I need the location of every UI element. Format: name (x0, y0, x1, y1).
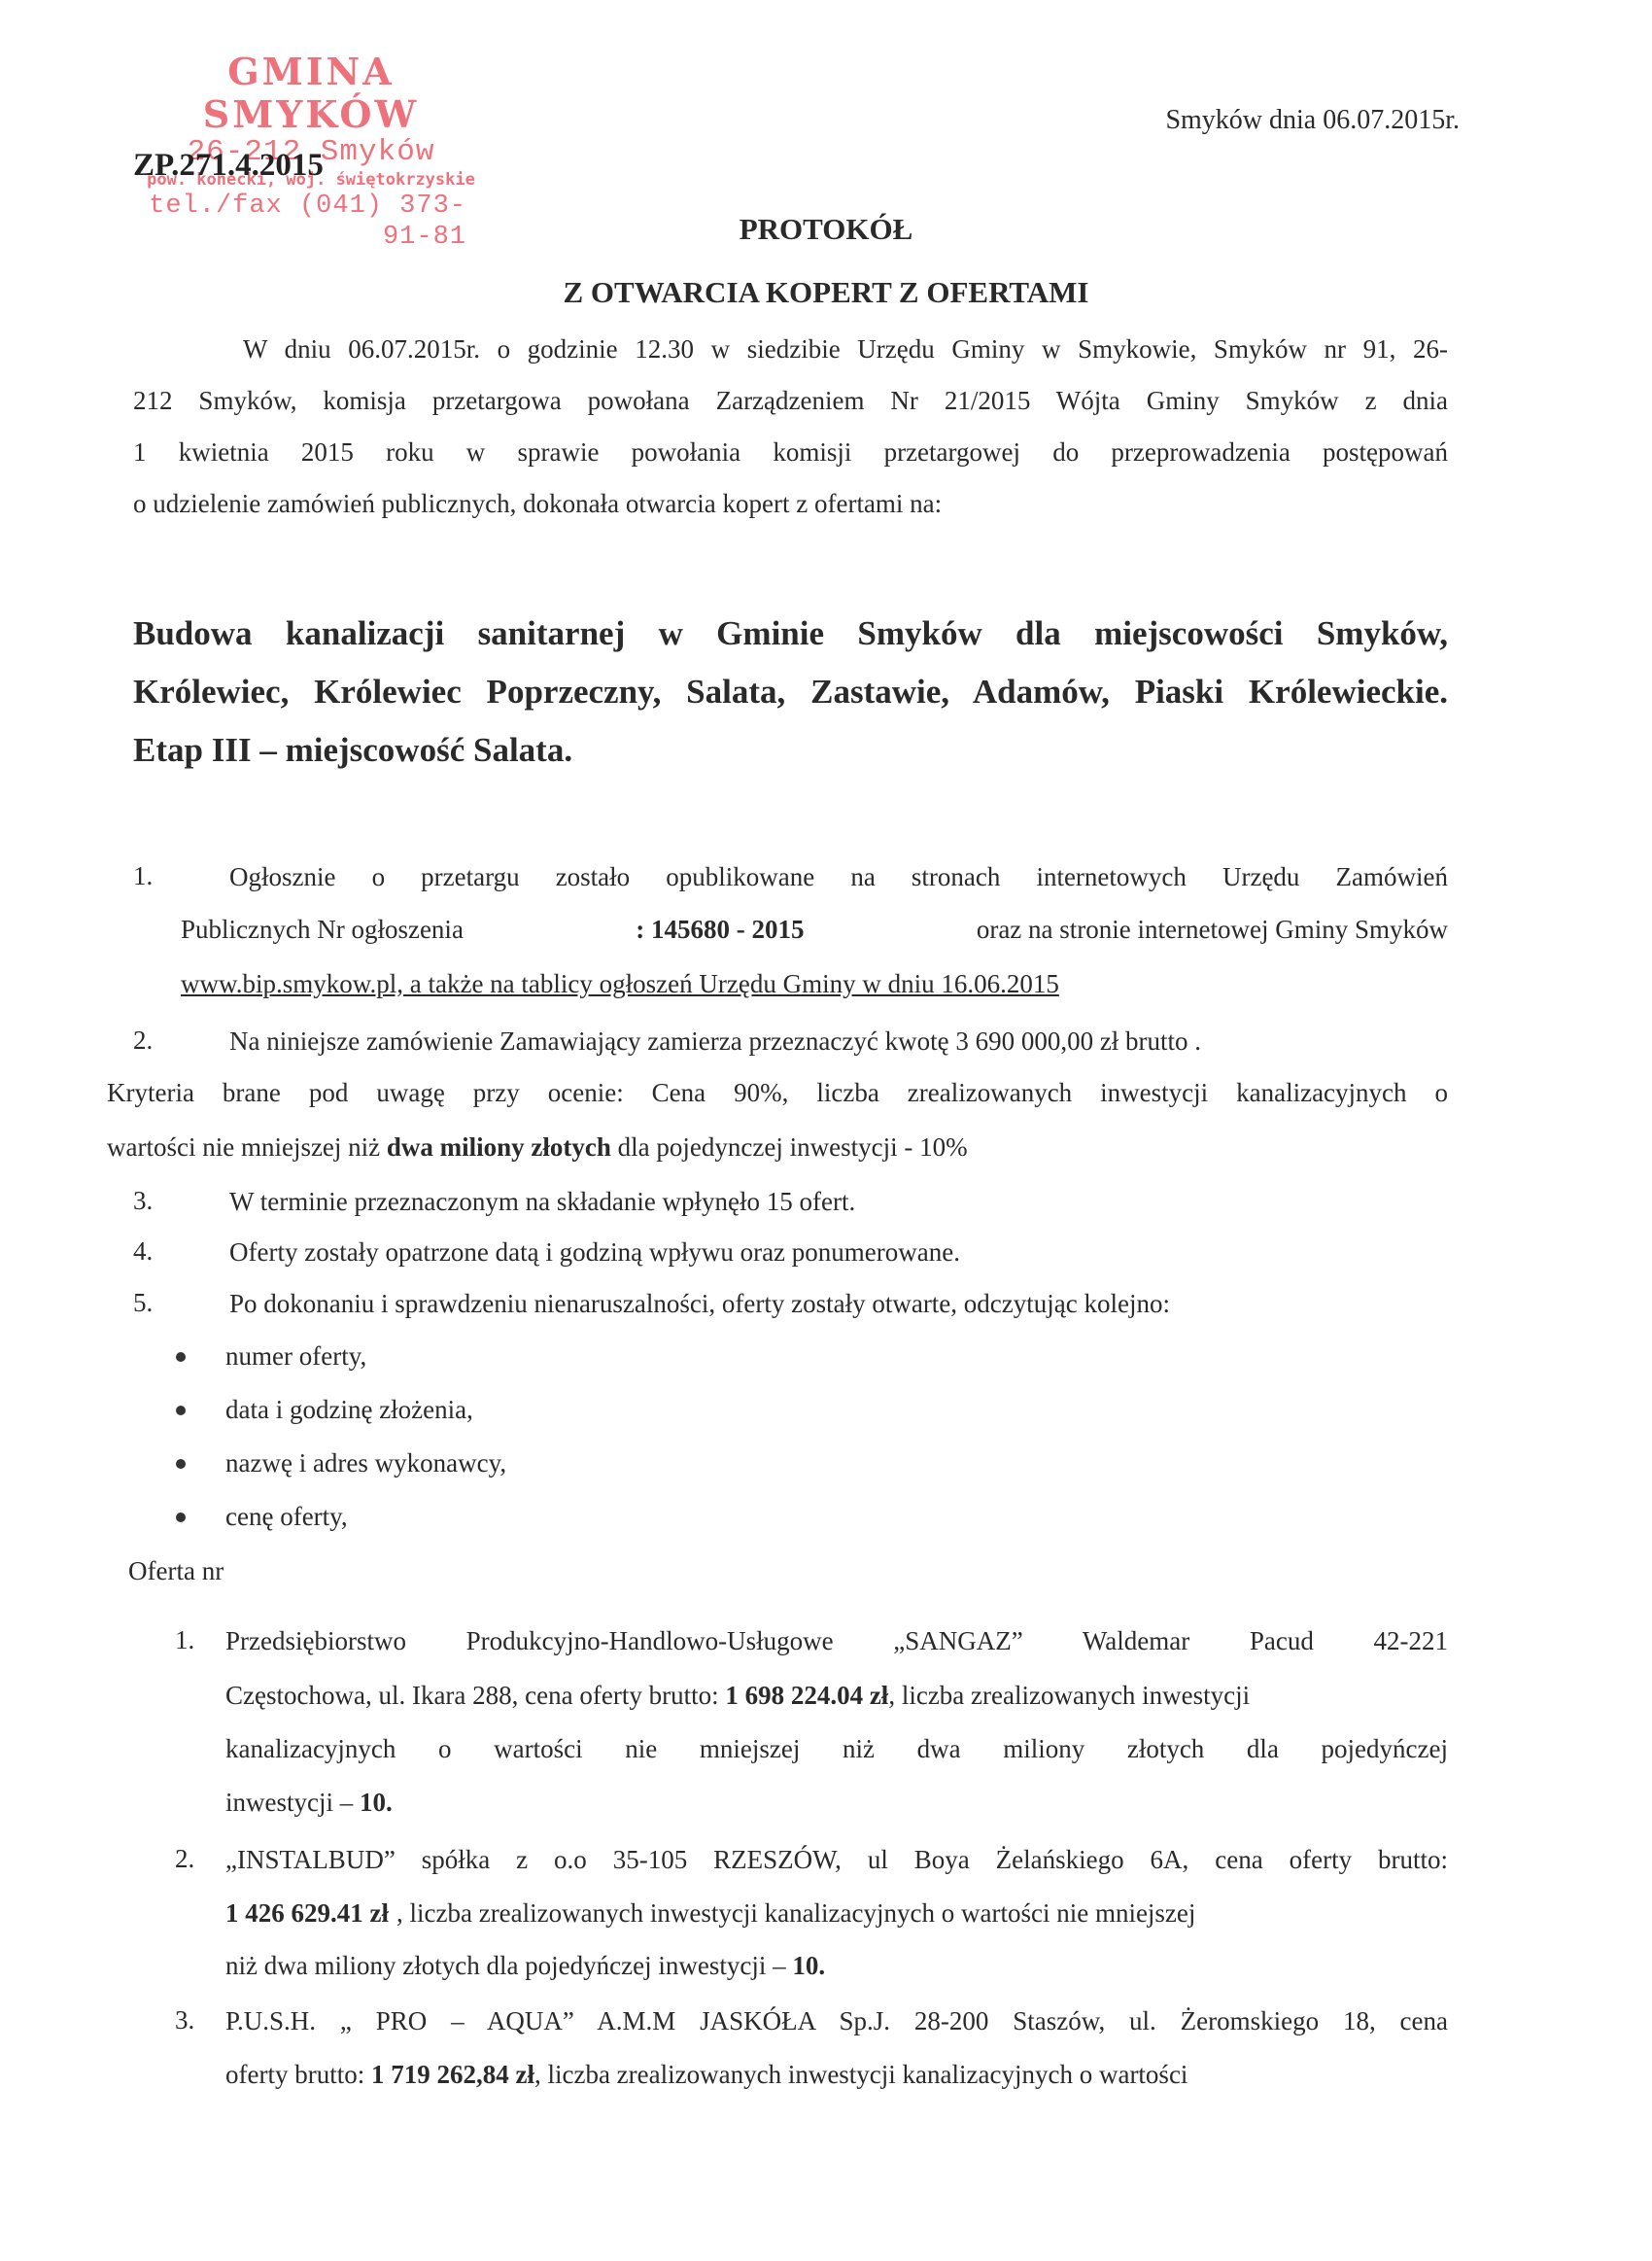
bullet-icon (176, 1513, 186, 1522)
offer-1-line-1: Przedsiębiorstwo Produkcyjno-Handlowo-Us… (225, 1627, 1448, 1654)
offer-2-line-3: niż dwa miliony złotych dla pojedyńczej … (225, 1952, 825, 1979)
point-number: 1. (133, 861, 153, 891)
offer-2-text: , liczba zrealizowanych inwestycji kanal… (396, 1899, 1195, 1927)
reference-number: ZP.271.4.2015 (133, 148, 324, 184)
point-4-text: Oferty zostały opatrzone datą i godziną … (229, 1238, 960, 1266)
bullet-item: data i godzinę złożenia, (225, 1396, 473, 1423)
offer-3-text: , liczba zrealizowanych inwestycji kanal… (534, 2060, 1187, 2089)
offers-label: Oferta nr (128, 1557, 224, 1584)
offer-1-line-2: Częstochowa, ul. Ikara 288, cena oferty … (225, 1682, 1250, 1709)
point-1-line-1: Ogłosznie o przetargu zostało opublikowa… (229, 863, 1448, 890)
bip-link[interactable]: www.bip.smykow.pl, a także na tablicy og… (181, 970, 1059, 997)
offer-2-text: niż dwa miliony złotych dla pojedyńczej … (225, 1951, 786, 1980)
bullet-icon (176, 1352, 186, 1362)
offer-2-price: 1 426 629.41 zł (225, 1899, 389, 1927)
announcement-number: : 145680 - 2015 (636, 916, 804, 943)
criteria-line-2: wartości nie mniejszej niż dwa miliony z… (107, 1133, 968, 1161)
offer-3-line-1: P.U.S.H. „ PRO – AQUA” A.M.M JASKÓŁA Sp.… (225, 2007, 1448, 2035)
criteria-text-a: wartości nie mniejszej niż (107, 1132, 380, 1162)
intro-line-4: o udzielenie zamówień publicznych, dokon… (133, 490, 942, 517)
offer-1-text: , liczba zrealizowanych inwestycji (888, 1681, 1250, 1710)
point-1-text-c: oraz na stronie internetowej Gminy Smykó… (977, 916, 1448, 943)
subject-line-3: Etap III – miejscowość Salata. (133, 731, 572, 770)
offer-1-line-4: inwestycji – 10. (225, 1789, 393, 1816)
offer-1-address: Częstochowa, ul. Ikara 288, cena oferty … (225, 1681, 719, 1710)
offer-2-line-2: 1 426 629.41 zł, liczba zrealizowanych i… (225, 1899, 1448, 1927)
place-date: Smyków dnia 06.07.2015r. (1165, 105, 1460, 136)
offer-1-score: 10. (360, 1788, 393, 1817)
stamp-line-1: GMINA SMYKÓW (117, 51, 505, 136)
bullet-item: nazwę i adres wykonawcy, (225, 1449, 506, 1477)
point-2-text: Na niniejsze zamówienie Zamawiający zami… (229, 1027, 1201, 1055)
offer-number: 3. (175, 2005, 194, 2035)
bullet-icon (176, 1406, 186, 1415)
intro-line-1: W dniu 06.07.2015r. o godzinie 12.30 w s… (243, 335, 1448, 363)
offer-2-score: 10. (792, 1951, 825, 1980)
document-title: PROTOKÓŁ (0, 212, 1652, 247)
offer-1-line-3: kanalizacyjnych o wartości nie mniejszej… (225, 1735, 1448, 1762)
point-1-line-2: Publicznych Nr ogłoszenia : 145680 - 201… (181, 916, 1448, 943)
criteria-line-1: Kryteria brane pod uwagę przy ocenie: Ce… (107, 1079, 1448, 1106)
point-3-text: W terminie przeznaczonym na składanie wp… (229, 1188, 855, 1215)
bullet-item: numer oferty, (225, 1342, 366, 1370)
bullet-icon (176, 1459, 186, 1469)
subject-line-1: Budowa kanalizacji sanitarnej w Gminie S… (133, 614, 1448, 653)
point-5-text: Po dokonaniu i sprawdzeniu nienaruszalno… (229, 1290, 1170, 1317)
document-subtitle: Z OTWARCIA KOPERT Z OFERTAMI (0, 275, 1652, 310)
offer-number: 2. (175, 1844, 194, 1874)
criteria-threshold: dwa miliony złotych (387, 1132, 611, 1162)
offer-1-text: inwestycji – (225, 1788, 353, 1817)
intro-line-2: 212 Smyków, komisja przetargowa powołana… (133, 387, 1448, 414)
point-number: 5. (133, 1288, 153, 1318)
offer-2-line-1: „INSTALBUD” spółka z o.o 35-105 RZESZÓW,… (225, 1846, 1448, 1873)
bullet-item: cenę oferty, (225, 1503, 348, 1530)
subject-line-2: Królewiec, Królewiec Poprzeczny, Salata,… (133, 673, 1448, 712)
offer-3-line-2: oferty brutto: 1 719 262,84 zł, liczba z… (225, 2061, 1448, 2088)
point-number: 2. (133, 1026, 153, 1056)
point-number: 3. (133, 1186, 153, 1216)
point-number: 4. (133, 1236, 153, 1267)
intro-line-3: 1 kwietnia 2015 roku w sprawie powołania… (133, 438, 1448, 466)
offer-number: 1. (175, 1625, 194, 1655)
offer-3-price: 1 719 262,84 zł (371, 2060, 534, 2089)
point-1-text-a: Publicznych Nr ogłoszenia (181, 916, 464, 943)
criteria-text-c: dla pojedynczej inwestycji - 10% (618, 1132, 968, 1162)
offer-3-text: oferty brutto: (225, 2060, 364, 2089)
offer-1-price: 1 698 224.04 zł (725, 1681, 888, 1710)
